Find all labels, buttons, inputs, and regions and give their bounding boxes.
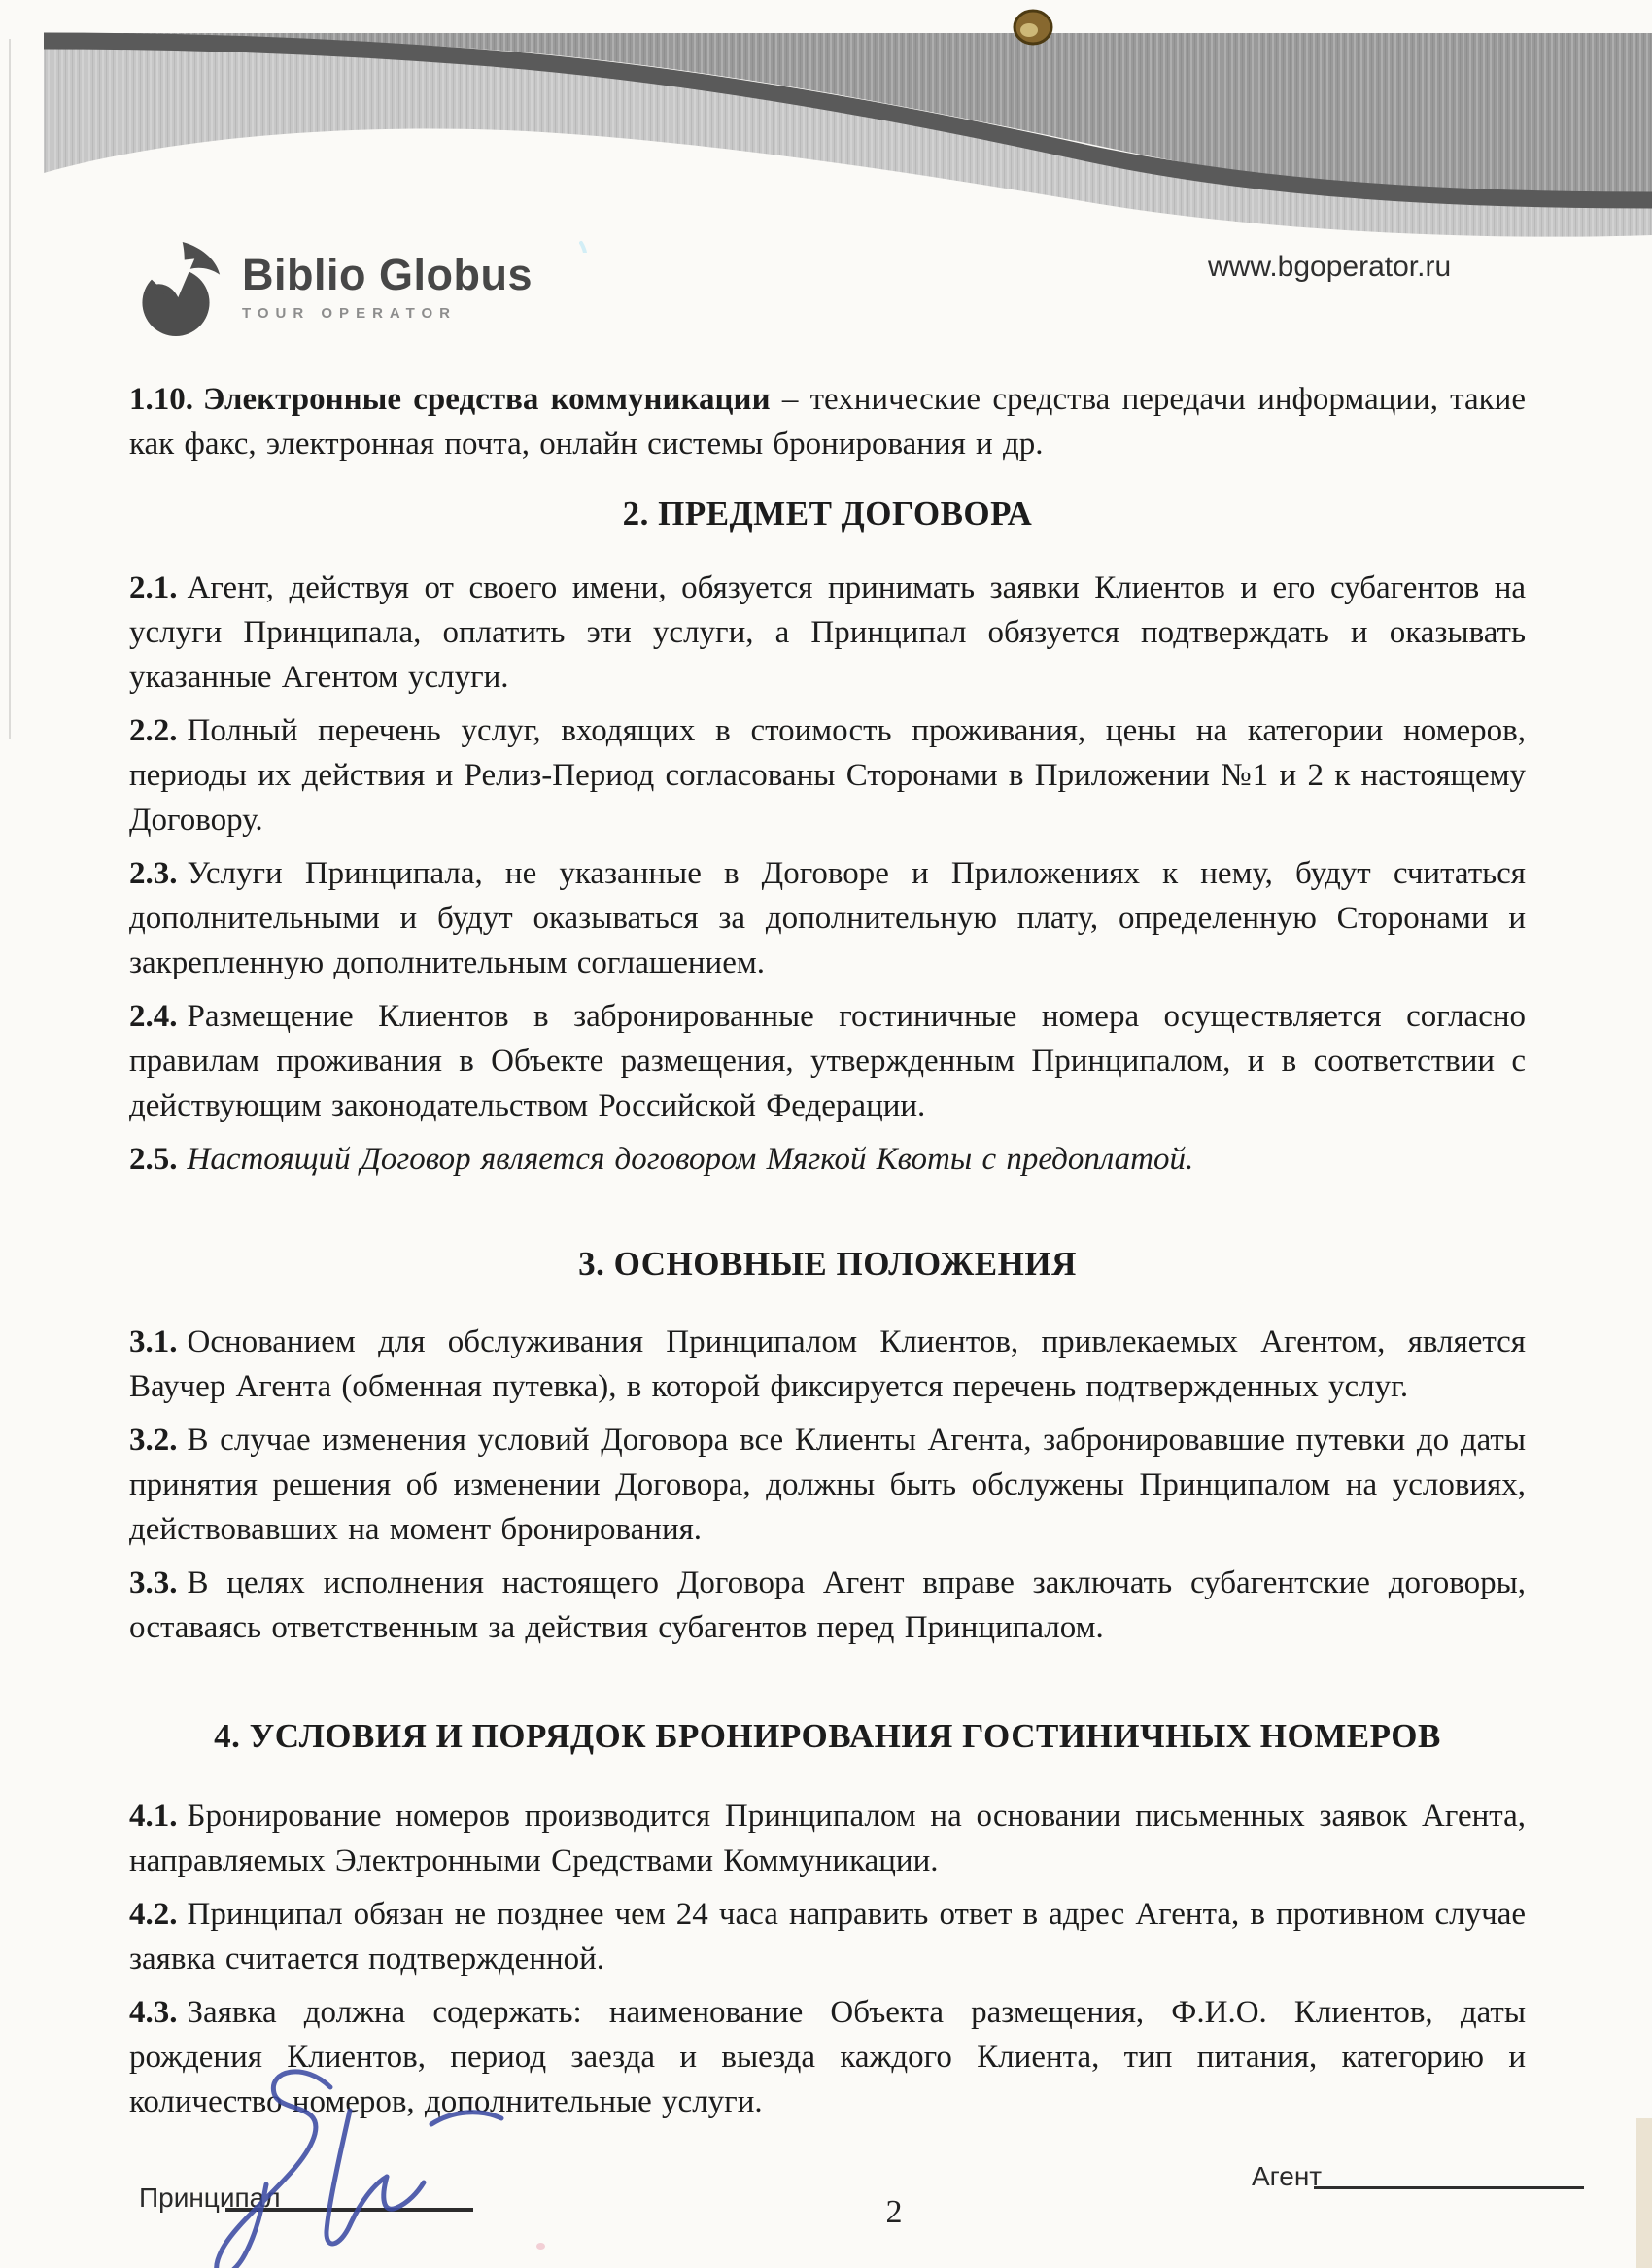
clause-3-2: 3.2.В случае изменения условий Договора … <box>129 1418 1526 1552</box>
pink-ink-speck <box>536 2243 545 2250</box>
staple-artifact <box>1015 11 1051 44</box>
clause-number: 4.1. <box>129 1799 178 1834</box>
agent-signature-line <box>1314 2186 1584 2189</box>
clause-number: 4.2. <box>129 1897 178 1932</box>
clause-3-1: 3.1.Основанием для обслуживания Принципа… <box>129 1320 1526 1409</box>
handwritten-signature <box>187 2058 517 2268</box>
contract-body: 1.10.Электронные средства коммуникации –… <box>129 377 1526 2133</box>
clause-number: 2.1. <box>129 570 178 605</box>
section-4-heading: 4. УСЛОВИЯ И ПОРЯДОК БРОНИРОВАНИЯ ГОСТИН… <box>129 1714 1526 1759</box>
scanner-edge-line <box>9 39 11 739</box>
clause-number: 3.1. <box>129 1324 178 1359</box>
clause-number: 2.3. <box>129 856 178 891</box>
clause-number: 1.10. <box>129 382 193 417</box>
brand-name: Biblio Globus <box>242 253 533 296</box>
clause-number: 2.2. <box>129 713 178 748</box>
section-3-heading: 3. ОСНОВНЫЕ ПОЛОЖЕНИЯ <box>129 1242 1526 1287</box>
clause-3-3: 3.3.В целях исполнения настоящего Догово… <box>129 1561 1526 1650</box>
globe-swirl-icon <box>129 241 223 338</box>
clause-number: 3.3. <box>129 1565 178 1600</box>
clause-2-3: 2.3.Услуги Принципала, не указанные в До… <box>129 851 1526 985</box>
clause-2-4: 2.4.Размещение Клиентов в забронированны… <box>129 994 1526 1128</box>
clause-number: 3.2. <box>129 1423 178 1458</box>
company-logo: Biblio Globus TOUR OPERATOR <box>129 241 533 338</box>
clause-defined-term: Электронные средства коммуникации <box>203 382 771 417</box>
agent-signature-label: Агент <box>1252 2161 1322 2192</box>
website-url: www.bgoperator.ru <box>1208 251 1451 284</box>
clause-2-1: 2.1.Агент, действуя от своего имени, обя… <box>129 566 1526 700</box>
clause-2-2: 2.2.Полный перечень услуг, входящих в ст… <box>129 708 1526 842</box>
clause-number: 2.5. <box>129 1142 178 1177</box>
clause-2-5: 2.5.Настоящий Договор является договором… <box>129 1137 1526 1182</box>
page-number: 2 <box>865 2194 923 2231</box>
clause-number: 2.4. <box>129 999 178 1034</box>
brand-subtitle: TOUR OPERATOR <box>242 305 533 322</box>
scanner-edge-strip <box>1636 2118 1652 2268</box>
clause-number: 4.3. <box>129 1995 178 2030</box>
clause-4-2: 4.2.Принципал обязан не позднее чем 24 ч… <box>129 1892 1526 1981</box>
section-2-heading: 2. ПРЕДМЕТ ДОГОВОРА <box>129 492 1526 536</box>
header-wave-graphic <box>0 0 1652 253</box>
clause-4-1: 4.1.Бронирование номеров производится Пр… <box>129 1794 1526 1883</box>
blue-ink-smudges <box>544 243 599 253</box>
clause-1-10: 1.10.Электронные средства коммуникации –… <box>129 377 1526 466</box>
scanned-contract-page: Biblio Globus TOUR OPERATOR www.bgoperat… <box>0 0 1652 2268</box>
